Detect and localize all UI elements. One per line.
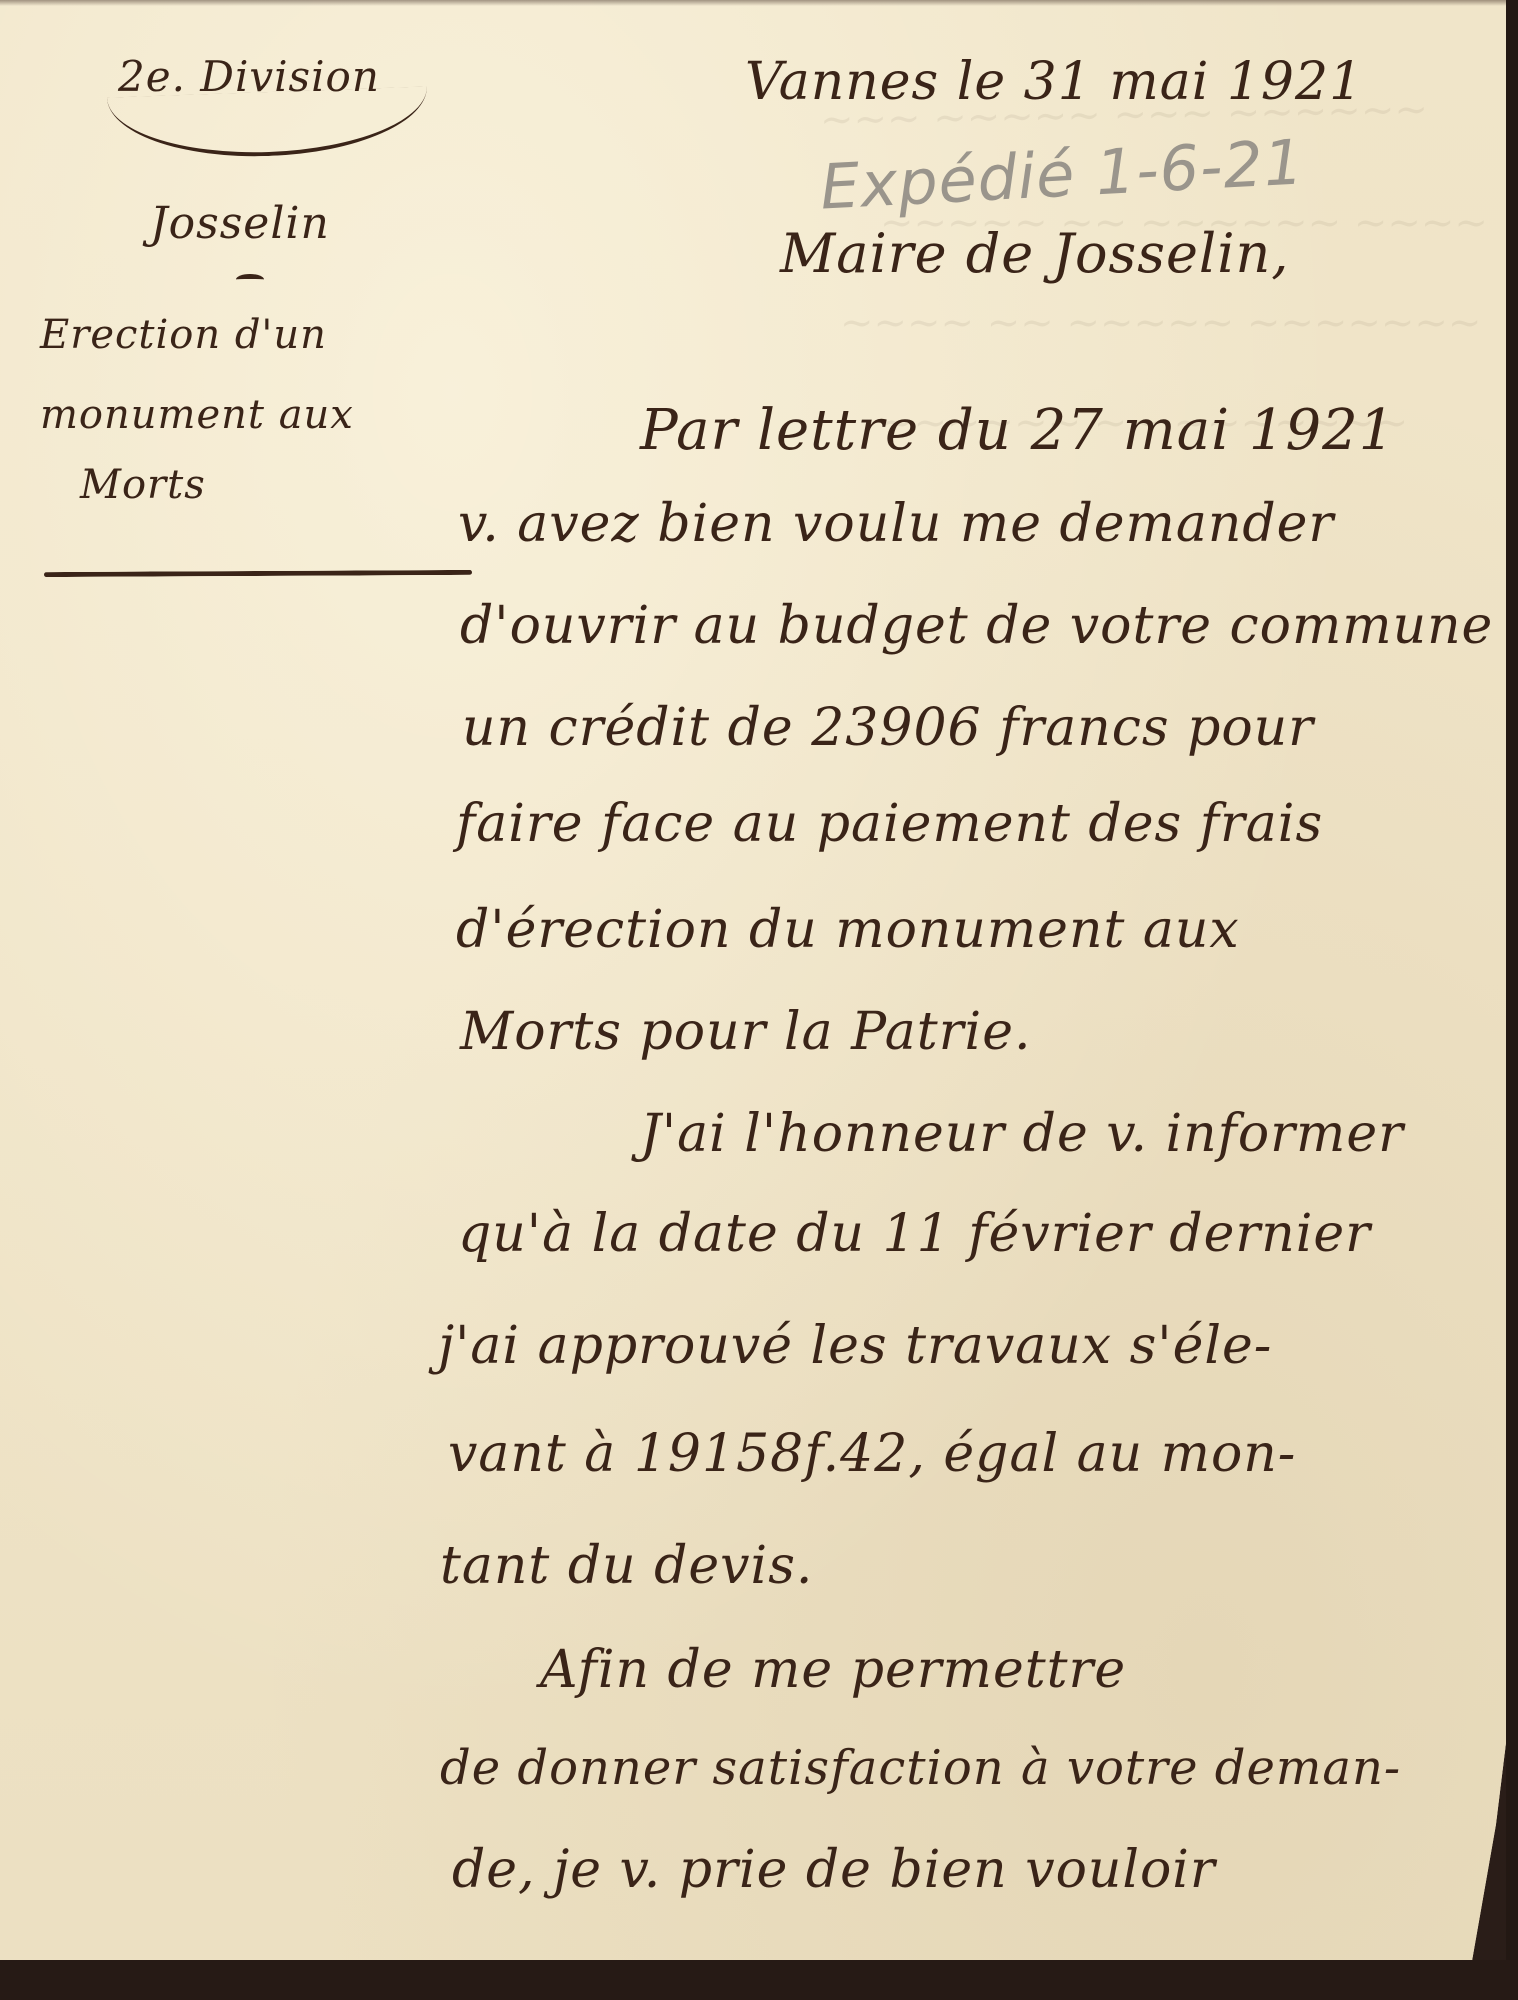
body-line: Morts pour la Patrie.	[460, 1002, 1032, 1062]
body-line: j'ai approuvé les travaux s'éle-	[438, 1316, 1272, 1376]
body-line: de, je v. prie de bien vouloir	[452, 1840, 1216, 1900]
separator-dash	[236, 274, 264, 285]
bleed-through-text: ~~~~ ~~ ~~~~~ ~~~~~~~	[840, 300, 1481, 346]
body-line: faire face au paiement des frais	[456, 794, 1323, 854]
body-line: qu'à la date du 11 février dernier	[458, 1204, 1371, 1264]
margin-rule	[44, 570, 472, 577]
subject-line-2: monument aux	[40, 392, 354, 438]
body-line: de donner satisfaction à votre deman-	[440, 1740, 1401, 1796]
margin-commune: Josselin	[150, 198, 330, 249]
body-line: vant à 19158f.42, égal au mon-	[448, 1424, 1296, 1484]
addressee: Maire de Josselin,	[780, 222, 1289, 285]
letter-page: ~~~ ~~~~~ ~~~ ~~~~~~ ~~~~~ ~~ ~~~~~~ ~~~…	[0, 0, 1508, 1962]
body-line: J'ai l'honneur de v. informer	[640, 1104, 1404, 1164]
body-line: d'ouvrir au budget de votre commune	[460, 596, 1493, 656]
division-underline	[107, 86, 429, 161]
place-date: Vannes le 31 mai 1921	[745, 52, 1363, 112]
subject-line-1: Erection d'un	[40, 312, 327, 358]
body-line: d'érection du monument aux	[456, 900, 1240, 960]
background-edge-bottom	[0, 1960, 1518, 2000]
page-top-shadow	[0, 0, 1508, 6]
body-line: un crédit de 23906 francs pour	[462, 698, 1314, 758]
body-line: Par lettre du 27 mai 1921	[640, 398, 1395, 463]
body-line: Afin de me permettre	[540, 1640, 1126, 1700]
body-line: tant du devis.	[440, 1536, 813, 1596]
background-edge-right	[1506, 0, 1518, 2000]
subject-line-3: Morts	[80, 462, 206, 508]
body-line: v. avez bien voulu me demander	[458, 494, 1334, 554]
